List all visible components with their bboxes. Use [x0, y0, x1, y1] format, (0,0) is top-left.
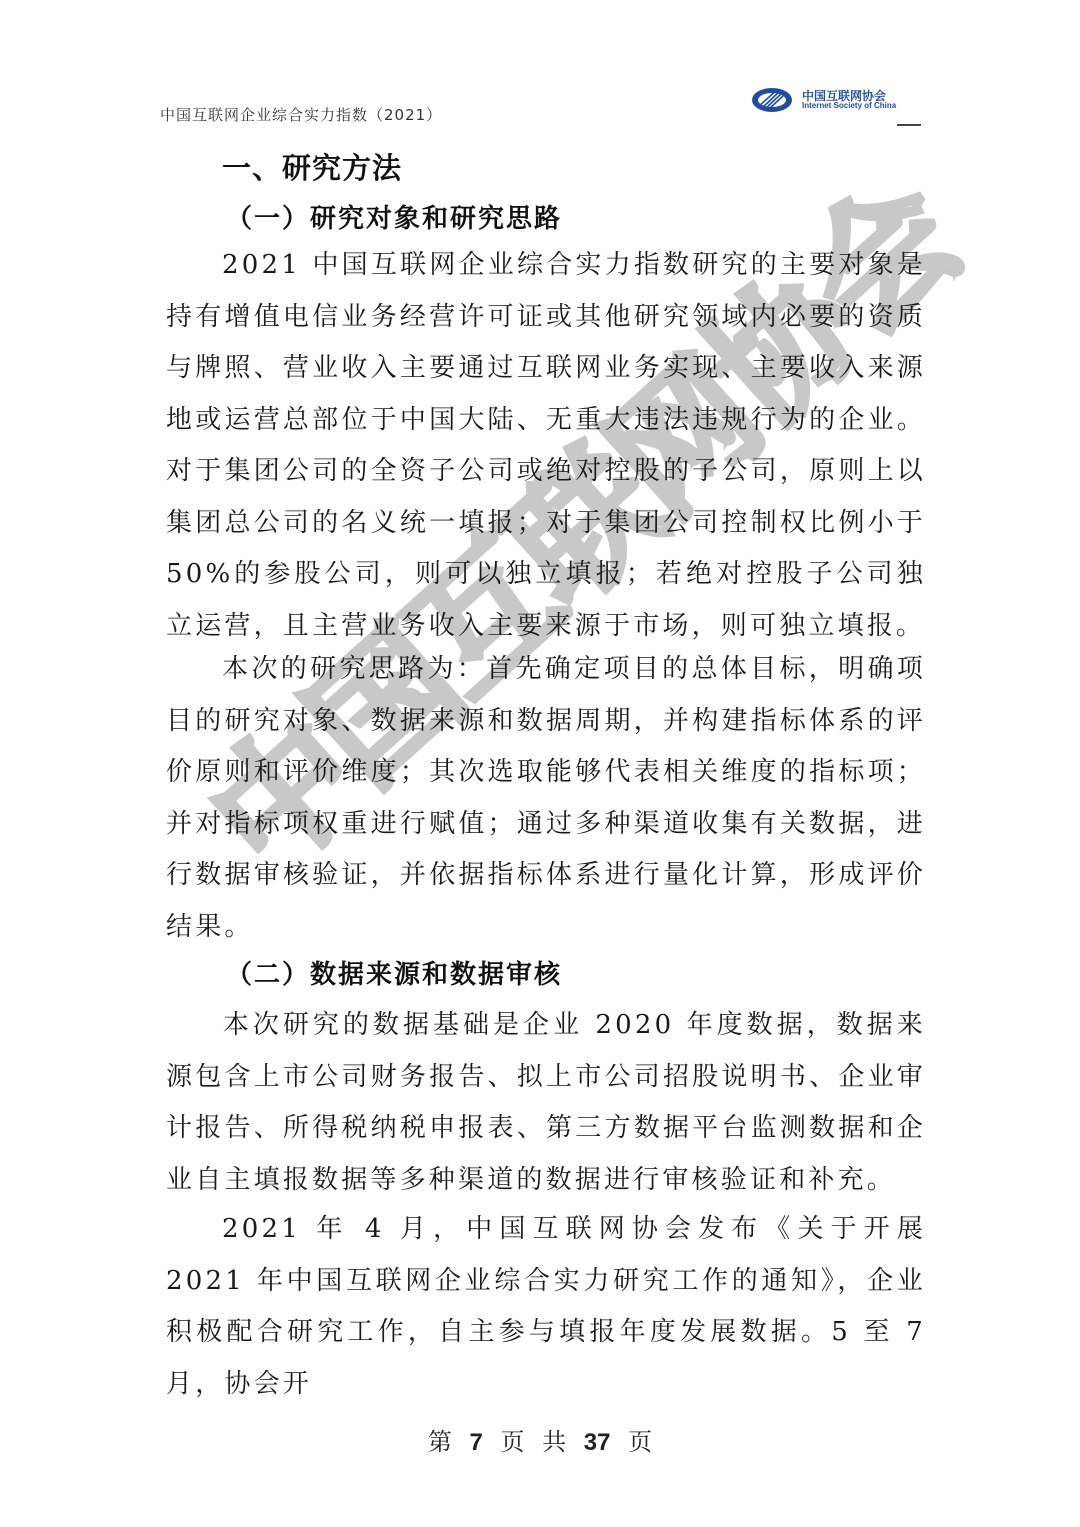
- footer-middle: 页 共: [501, 1428, 567, 1456]
- current-page-number: 7: [470, 1429, 483, 1456]
- header-rule: [897, 124, 921, 126]
- paragraph: 2021 年 4 月，中国互联网协会发布《关于开展 2021 年中国互联网企业综…: [166, 1204, 926, 1410]
- isc-logo-icon: [750, 86, 794, 114]
- logo-name-en: Internet Society of China: [802, 102, 896, 110]
- paragraph: 本次研究的数据基础是企业 2020 年度数据，数据来源包含上市公司财务报告、拟上…: [166, 1000, 926, 1206]
- page-header: 中国互联网企业综合实力指数（2021） 中国互联网协会 Internet Soc…: [0, 0, 1080, 140]
- section-title: 一、研究方法: [222, 146, 402, 187]
- page-footer: 第 7 页 共 37 页: [0, 1422, 1080, 1457]
- footer-prefix: 第: [428, 1428, 452, 1456]
- subsection-title-2: （二）数据来源和数据审核: [226, 954, 562, 991]
- isc-logo: 中国互联网协会 Internet Society of China: [750, 86, 896, 114]
- total-page-count: 37: [584, 1429, 611, 1456]
- paragraph: 本次的研究思路为：首先确定项目的总体目标，明确项目的研究对象、数据来源和数据周期…: [166, 644, 926, 953]
- document-title: 中国互联网企业综合实力指数（2021）: [160, 104, 442, 125]
- paragraph: 2021 中国互联网企业综合实力指数研究的主要对象是持有增值电信业务经营许可证或…: [166, 240, 926, 652]
- footer-suffix: 页: [628, 1428, 652, 1456]
- subsection-title-1: （一）研究对象和研究思路: [226, 198, 562, 235]
